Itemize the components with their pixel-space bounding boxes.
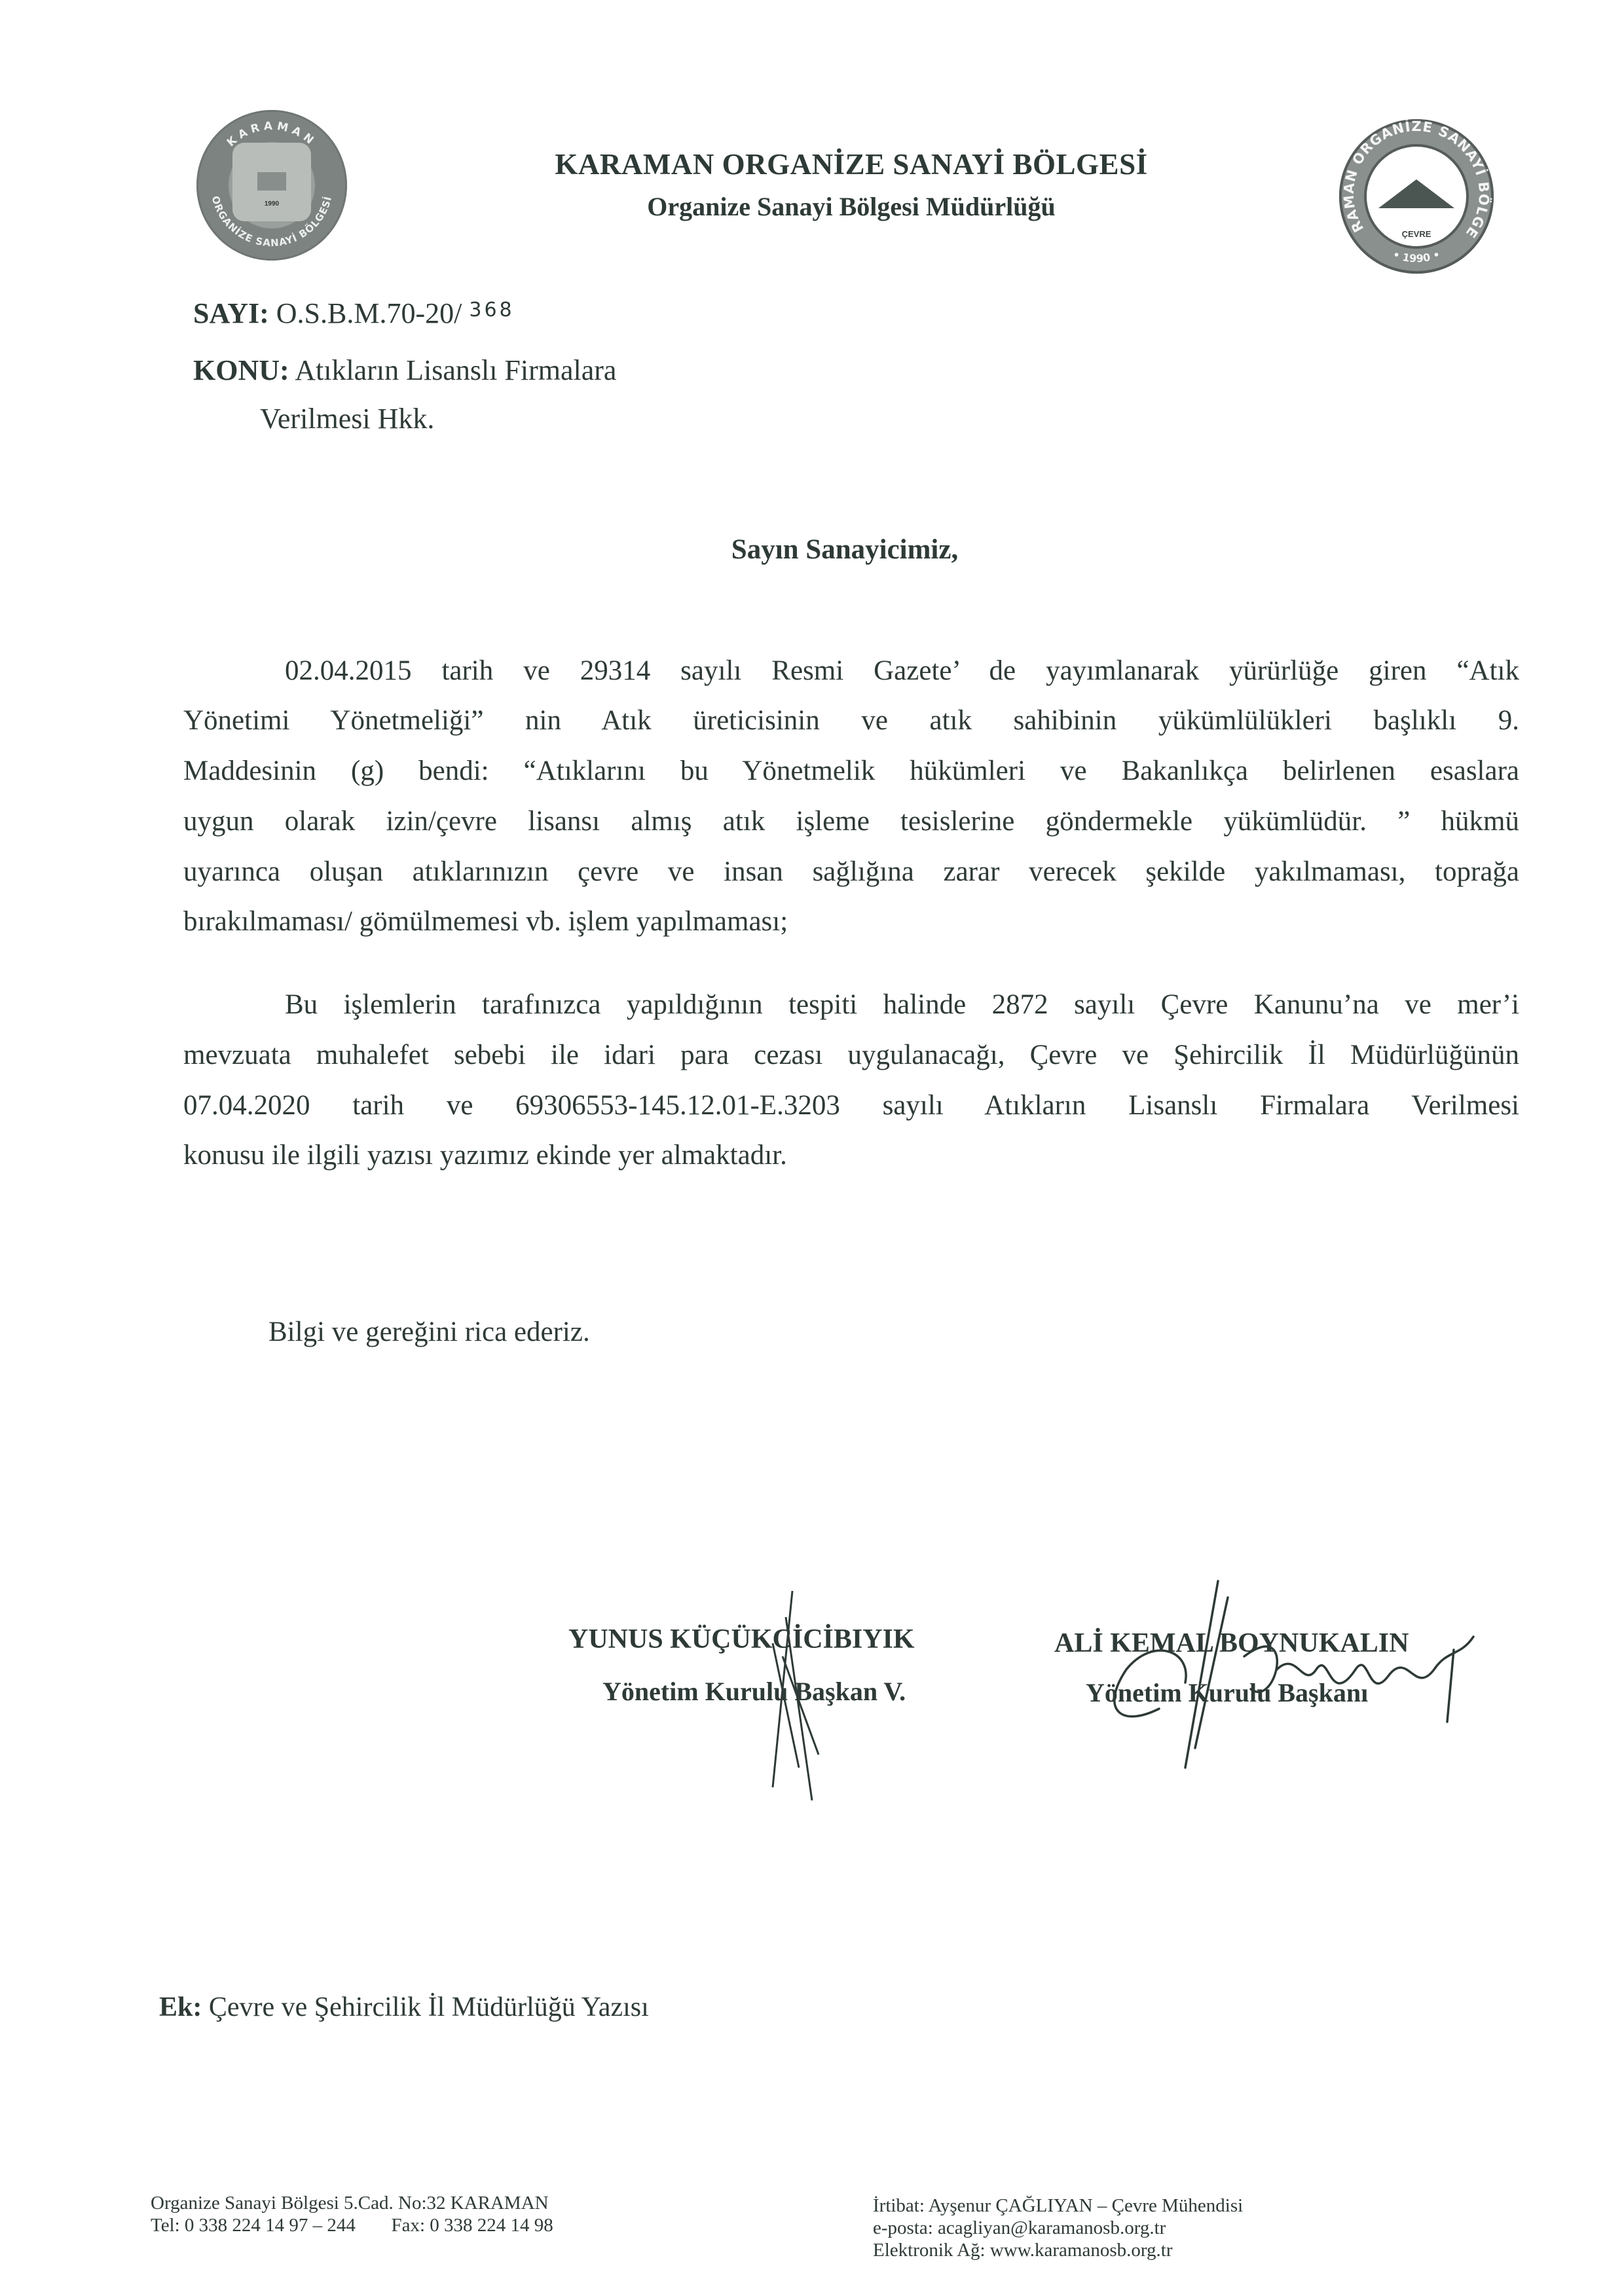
paragraph-line: mevzuata muhalefet sebebi ile idari para… <box>183 1039 1519 1071</box>
konu-line-1: Atıkların Lisanslı Firmalara <box>295 354 616 386</box>
attachment-label: Ek: <box>159 1992 202 2022</box>
konu-line-2: Verilmesi Hkk. <box>260 402 434 435</box>
logo-ring-text-icon: KARAMAN ORGANİZE SANAYİ BÖLGESİ <box>196 110 347 261</box>
footer-phone: Tel: 0 338 224 14 97 – 244 <box>151 2215 356 2236</box>
paragraph-line: konusu ile ilgili yazısı yazımız ekinde … <box>183 1139 1519 1171</box>
signatory-1-name: YUNUS KÜÇÜKCİCİBIYIK <box>568 1624 915 1655</box>
attachment-line: Ek: Çevre ve Şehircilik İl Müdürlüğü Yaz… <box>159 1992 649 2023</box>
paragraph-line: Maddesinin (g) bendi: “Atıklarını bu Yön… <box>183 755 1519 787</box>
footer-address-block: Organize Sanayi Bölgesi 5.Cad. No:32 KAR… <box>151 2192 553 2236</box>
attachment-text: Çevre ve Şehircilik İl Müdürlüğü Yazısı <box>209 1992 649 2022</box>
svg-text:KARAMAN: KARAMAN <box>225 120 319 150</box>
footer-address: Organize Sanayi Bölgesi 5.Cad. No:32 KAR… <box>151 2192 553 2214</box>
konu-label: KONU: <box>193 354 289 386</box>
signature-1-scribble-icon <box>747 1591 838 1807</box>
organization-title: KARAMAN ORGANİZE SANAYİ BÖLGESİ <box>0 147 1624 181</box>
paragraph-line: uyarınca oluşan atıklarınızın çevre ve i… <box>183 856 1519 888</box>
document-subject: KONU: Atıkların Lisanslı Firmalara <box>193 354 616 387</box>
karaman-osb-logo-left: 1990 KARAMAN ORGANİZE SANAYİ BÖLGESİ <box>196 110 347 261</box>
salutation: Sayın Sanayicimiz, <box>0 534 1624 566</box>
document-number: SAYI: O.S.B.M.70-20/ 368 <box>193 297 515 330</box>
footer-contact-block: İrtibat: Ayşenur ÇAĞLIYAN – Çevre Mühend… <box>873 2195 1243 2261</box>
sayi-handwritten-number: 368 <box>469 299 514 321</box>
footer-phone-fax: Tel: 0 338 224 14 97 – 244 Fax: 0 338 22… <box>151 2214 553 2236</box>
sayi-value: O.S.B.M.70-20/ <box>276 297 462 329</box>
paragraph-line: Yönetimi Yönetmeliği” nin Atık üreticisi… <box>183 704 1519 737</box>
footer-email[interactable]: e-posta: acagliyan@karamanosb.org.tr <box>873 2217 1243 2239</box>
paragraph-line: 07.04.2020 tarih ve 69306553-145.12.01-E… <box>183 1089 1519 1121</box>
footer-contact: İrtibat: Ayşenur ÇAĞLIYAN – Çevre Mühend… <box>873 2195 1243 2217</box>
footer-website[interactable]: Elektronik Ağ: www.karamanosb.org.tr <box>873 2239 1243 2261</box>
paragraph-line: bırakılmaması/ gömülmemesi vb. işlem yap… <box>183 905 1519 938</box>
sayi-label: SAYI: <box>193 297 269 329</box>
footer-fax: Fax: 0 338 224 14 98 <box>391 2215 553 2236</box>
paragraph-line: uygun olarak izin/çevre lisansı almış at… <box>183 805 1519 837</box>
paragraph-line: Bu işlemlerin tarafınızca yapıldığının t… <box>285 989 1519 1021</box>
paragraph-line: 02.04.2015 tarih ve 29314 sayılı Resmi G… <box>285 655 1519 687</box>
signature-2-scribble-icon <box>1080 1578 1500 1774</box>
svg-text:• 1990 •: • 1990 • <box>1391 248 1441 265</box>
closing-text: Bilgi ve gereğini rica ederiz. <box>268 1316 590 1348</box>
organization-subtitle: Organize Sanayi Bölgesi Müdürlüğü <box>0 191 1624 222</box>
